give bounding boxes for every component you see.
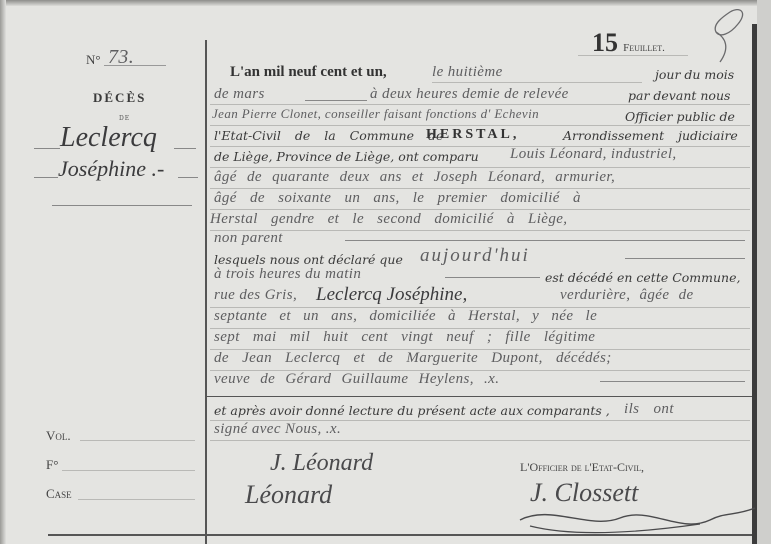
line1-print: L'an mil neuf cent et un, (230, 64, 387, 81)
line17-hand: ils ont (624, 401, 674, 418)
civil-death-record-page: 15 Feuillet. N° 73. DÉCÈS DE Leclercq Jo… (0, 0, 771, 544)
line13-hand: septante et un ans, domiciliée à Herstal… (214, 308, 597, 325)
sheet-label: Feuillet. (623, 42, 665, 54)
line2-hand-month: de mars (214, 86, 265, 103)
record-number-label: N° (86, 52, 101, 68)
line11-print: est décédé en cette Commune, (545, 270, 740, 285)
deceased-surname: Leclercq (60, 122, 157, 154)
line17-print: et après avoir donné lecture du présent … (214, 403, 610, 418)
line16-hand-widow: veuve de Gérard Guillaume Heylens, .x. (214, 371, 499, 388)
line2-hand-time: à deux heures demie de relevée (370, 86, 569, 103)
line2-print: par devant nous (628, 88, 730, 103)
line6-hand: âgé de quarante deux ans et Joseph Léona… (214, 169, 615, 186)
pencil-annotation-mark (690, 4, 750, 64)
page-margin-right (757, 0, 771, 544)
column-divider (205, 40, 207, 544)
volume-label: Vol. (46, 428, 71, 444)
line8-hand: Herstal gendre et le second domicilié à … (210, 211, 567, 228)
line12-hand-occupation: verdurière, âgée de (560, 287, 694, 304)
line3-hand-officer: Jean Pierre Clonet, conseiller faisant f… (212, 106, 539, 122)
line12-deceased-name: Leclercq Joséphine, (316, 284, 467, 306)
line18-hand: signé avec Nous, .x. (214, 421, 341, 438)
declarant-2-signature: Léonard (245, 480, 332, 510)
folio-label: F° (46, 457, 58, 473)
page-right-border (752, 24, 757, 544)
line3-print: Officier public de (625, 109, 735, 124)
sheet-number-group: 15 Feuillet. (592, 28, 665, 58)
line1-print-end: jour du mois (655, 67, 734, 82)
line15-hand-parents: de Jean Leclercq et de Marguerite Dupont… (214, 350, 612, 367)
line1-hand-date: le huitième (432, 64, 503, 81)
line10-print: lesquels nous ont déclaré que (214, 252, 403, 267)
line4-print-b: Arrondissement judiciaire (563, 128, 738, 143)
deceased-given-name: Joséphine .- (58, 156, 164, 182)
line4-print: l'Etat-Civil de la Commune de (214, 128, 443, 143)
declarant-1-signature: J. Léonard (270, 450, 373, 477)
line12-hand-address: rue des Gris, (214, 287, 297, 304)
case-label: Case (46, 486, 72, 502)
line7-hand: âgé de soixante un ans, le premier domic… (214, 190, 581, 207)
line9-hand: non parent (214, 230, 283, 247)
line10-hand-when: aujourd'hui (420, 245, 530, 267)
sheet-number: 15 (592, 28, 618, 57)
line5-hand-declarant: Louis Léonard, industriel, (510, 146, 677, 163)
record-type-de: DE (119, 115, 130, 122)
line11-hand-time: à trois heures du matin (214, 266, 361, 283)
line4-commune: HERSTAL, (426, 127, 519, 143)
officer-label: L'Officier de l'Etat-Civil, (520, 460, 644, 475)
record-type-title: DÉCÈS (93, 90, 146, 106)
line5-print: de Liège, Province de Liège, ont comparu (214, 149, 479, 164)
line14-hand: sept mai mil huit cent vingt neuf ; fill… (214, 329, 595, 346)
